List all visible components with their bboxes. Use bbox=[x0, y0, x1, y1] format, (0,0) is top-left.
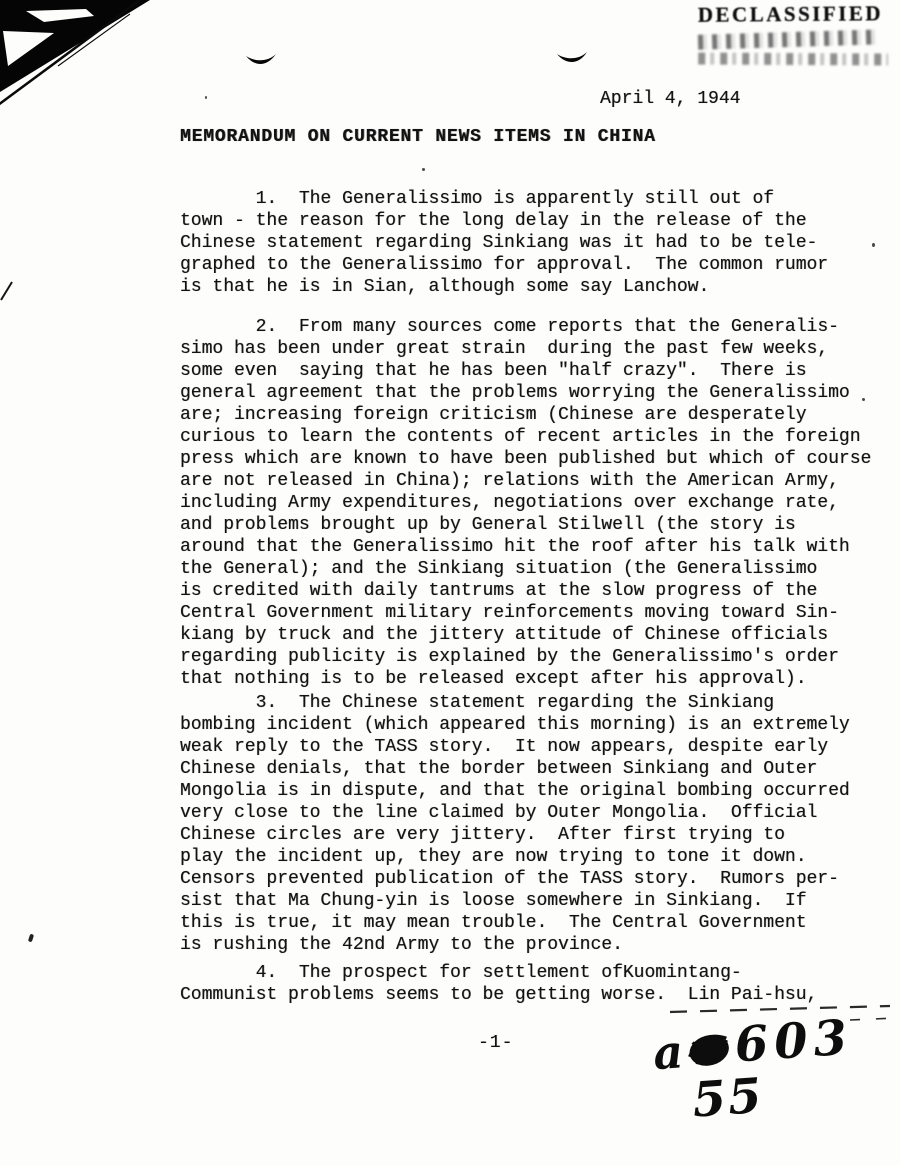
stamp-smudge-line-2 bbox=[698, 53, 888, 66]
staple-mark-right bbox=[557, 49, 587, 73]
stamp-text: DECLASSIFIED bbox=[698, 1, 894, 28]
handwriting-prefix: a bbox=[651, 1024, 685, 1080]
ink-speck bbox=[205, 96, 207, 99]
scribble-blob bbox=[685, 1030, 733, 1071]
ink-speck bbox=[28, 934, 34, 943]
paragraph-2: 2. From many sources come reports that t… bbox=[180, 316, 892, 690]
memo-title: MEMORANDUM ON CURRENT NEWS ITEMS IN CHIN… bbox=[180, 126, 656, 148]
declassified-stamp: DECLASSIFIED bbox=[698, 1, 895, 66]
handwriting-number-2: 55 bbox=[691, 1068, 766, 1129]
memo-date: April 4, 1944 bbox=[600, 88, 740, 110]
memo-page: DECLASSIFIED April 4, 1944 MEMORANDUM ON… bbox=[0, 0, 900, 1166]
ink-speck bbox=[872, 243, 875, 247]
handwriting-number: 603 bbox=[733, 1009, 855, 1073]
page-number: -1- bbox=[478, 1032, 513, 1054]
ink-speck bbox=[422, 168, 425, 171]
paragraph-3: 3. The Chinese statement regarding the S… bbox=[180, 692, 892, 956]
ink-speck bbox=[862, 398, 865, 401]
handwritten-annotation: a 603 55 bbox=[638, 1000, 900, 1140]
paragraph-1: 1. The Generalissimo is apparently still… bbox=[180, 188, 892, 298]
staple-mark-left bbox=[246, 52, 276, 75]
stamp-smudge-line bbox=[698, 29, 880, 49]
